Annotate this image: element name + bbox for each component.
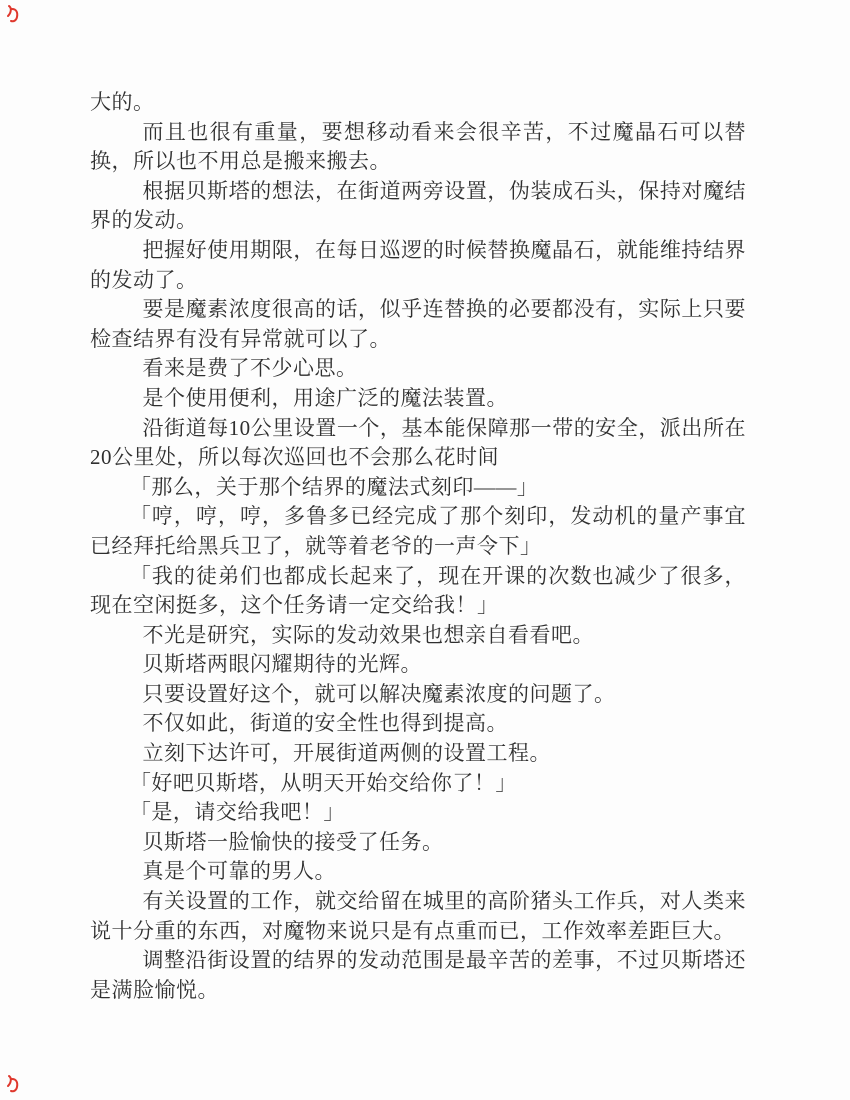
paragraph: 有关设置的工作，就交给留在城里的高阶猪头工作兵，对人类来说十分重的东西，对魔物来… (90, 887, 746, 946)
paragraph: 贝斯塔两眼闪耀期待的光辉。 (90, 650, 746, 680)
paragraph: 大的。 (90, 88, 746, 118)
paragraph: 立刻下达许可，开展街道两侧的设置工程。 (90, 739, 746, 769)
dialogue-paragraph: 「我的徒弟们也都成长起来了，现在开课的次数也减少了很多，现在空闲挺多，这个任务请… (90, 562, 746, 621)
dialogue-paragraph: 「哼，哼，哼，多鲁多已经完成了那个刻印，发动机的量产事宜已经拜托给黑兵卫了，就等… (90, 502, 746, 561)
red-corner-mark-icon (5, 1074, 21, 1094)
paragraph: 真是个可靠的男人。 (90, 857, 746, 887)
dialogue-paragraph: 「好吧贝斯塔，从明天开始交给你了！」 (90, 769, 746, 799)
paragraph: 不仅如此，街道的安全性也得到提高。 (90, 709, 746, 739)
paragraph: 根据贝斯塔的想法，在街道两旁设置，伪装成石头，保持对魔结界的发动。 (90, 177, 746, 236)
paragraph: 看来是费了不少心思。 (90, 354, 746, 384)
dialogue-paragraph: 「是，请交给我吧！」 (90, 798, 746, 828)
red-corner-mark-icon (5, 4, 21, 24)
paragraph: 贝斯塔一脸愉快的接受了任务。 (90, 828, 746, 858)
dialogue-paragraph: 「那么，关于那个结界的魔法式刻印——」 (90, 473, 746, 503)
paragraph: 而且也很有重量，要想移动看来会很辛苦，不过魔晶石可以替换，所以也不用总是搬来搬去… (90, 118, 746, 177)
paragraph: 要是魔素浓度很高的话，似乎连替换的必要都没有，实际上只要检查结界有没有异常就可以… (90, 295, 746, 354)
novel-page: 大的。 而且也很有重量，要想移动看来会很辛苦，不过魔晶石可以替换，所以也不用总是… (0, 0, 850, 1100)
paragraph: 把握好使用期限，在每日巡逻的时候替换魔晶石，就能维持结界的发动了。 (90, 236, 746, 295)
body-text: 大的。 而且也很有重量，要想移动看来会很辛苦，不过魔晶石可以替换，所以也不用总是… (90, 88, 746, 1005)
paragraph: 只要设置好这个，就可以解决魔素浓度的问题了。 (90, 680, 746, 710)
paragraph: 沿街道每10公里设置一个，基本能保障那一带的安全，派出所在20公里处，所以每次巡… (90, 414, 746, 473)
paragraph: 不光是研究，实际的发动效果也想亲自看看吧。 (90, 621, 746, 651)
paragraph: 是个使用便利，用途广泛的魔法装置。 (90, 384, 746, 414)
paragraph: 调整沿街设置的结界的发动范围是最辛苦的差事，不过贝斯塔还是满脸愉悦。 (90, 946, 746, 1005)
